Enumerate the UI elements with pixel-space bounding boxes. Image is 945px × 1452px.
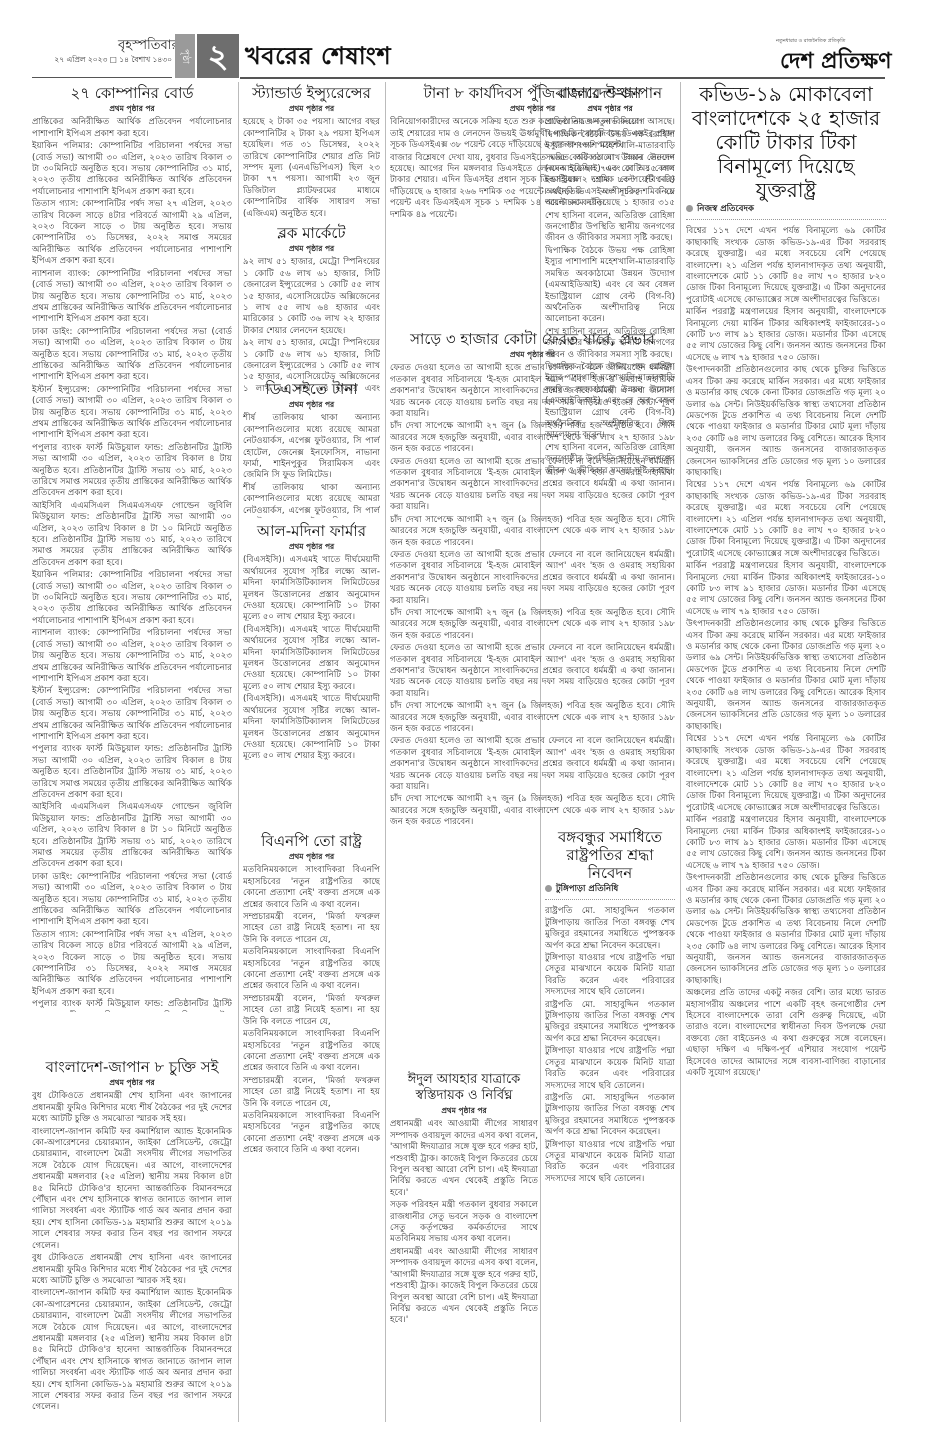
article-paragraph: সম্প্রচারমন্ত্রী বলেন, 'মির্জা ফখরুল সাহ… — [243, 994, 380, 1028]
article-paragraph: রাষ্ট্রপতি মো. সাহাবুদ্দিন গতকাল টুঙ্গিপ… — [545, 1000, 675, 1046]
article-headline: বিএনপি তো রাষ্ট্র — [243, 832, 380, 850]
article-paragraph: সম্প্রচারমন্ত্রী বলেন, 'মির্জা ফখরুল সাহ… — [243, 1076, 380, 1110]
article-paragraph: শীর্ষ তালিকায় থাকা অন্যান্য কোম্পানিগুল… — [243, 483, 380, 518]
article-paragraph: ইয়াকিন পলিমার: কোম্পানিটির পরিচালনা পর্… — [32, 141, 232, 198]
article-board-27: ২৭ কোম্পানির বোর্ড প্রথম পৃষ্ঠার পর প্রা… — [32, 82, 232, 1012]
article-headline: ঈদুল আযহার যাত্রাকে স্বস্তিদায়ক ও নির্ব… — [390, 1072, 538, 1104]
article-paragraph: শেখ হাসিনা বলেন, অতিরিক্ত রোহিঙ্গা জনগোষ… — [545, 211, 675, 245]
divider — [686, 219, 886, 220]
article-dse-top: ডিএসইতে টানা প্রথম পৃষ্ঠার পর শীর্ষ তালি… — [243, 378, 380, 518]
article-paragraph: বিশ্বের ১১৭ দেশে এখন পর্যন্ত বিনামূল্যে … — [686, 480, 886, 560]
article-headline: বাংলাদেশ-জাপান — [545, 84, 675, 102]
article-headline: বঙ্গবন্ধুর সমাধিতে রাষ্ট্রপতির শ্রদ্ধা ন… — [545, 828, 675, 882]
divider — [545, 899, 675, 900]
article-headline: বাংলাদেশকে ২৫ হাজার কোটি টাকার টিকা বিনা… — [686, 106, 886, 202]
article-paragraph: বিশ্বের ১১৭ দেশে এখন পর্যন্ত বিনামূল্যে … — [686, 226, 886, 306]
article-paragraph: পপুলার ব্যাংক ফার্স্ট মিউচুয়াল ফান্ড: প… — [32, 744, 232, 801]
article-paragraph: মতবিনিময়কালে সাংবাদিকরা বিএনপি মহাসচিবে… — [243, 1029, 380, 1075]
article-paragraph: টুঙ্গিপাড়া যাওয়ার পথে রাষ্ট্রপতি পদ্মা… — [545, 1140, 675, 1186]
article-paragraph: পপুলার ব্যাংক ফার্স্ট মিউচুয়াল ফান্ড: প… — [32, 443, 232, 500]
article-paragraph: (বিএসইসি)। এসএমই খাতে দীর্ঘমেয়াদী অর্থা… — [243, 694, 380, 762]
article-paragraph: মার্কিন পররাষ্ট্র মন্ত্রণালয়ের হিসাব অন… — [686, 307, 886, 364]
continued-label: প্রথম পৃষ্ঠার পর — [243, 103, 380, 114]
article-paragraph: ঢাকা ডাইং: কোম্পানিটির পরিচালনা পর্ষদের … — [32, 327, 232, 384]
article-headline: ব্লক মার্কেটে — [243, 224, 380, 242]
column-divider — [238, 82, 239, 1422]
article-paragraph: মতবিনিময়কালে সাংবাদিকরা বিএনপি মহাসচিবে… — [243, 865, 380, 911]
article-paragraph: শেখ হাসিনা বলেন, অতিরিক্ত রোহিঙ্গা জনগোষ… — [545, 327, 675, 361]
article-paragraph: বাংলাদেশ-জাপান কমিটি ফর কমার্শিয়াল অ্যা… — [32, 1288, 232, 1413]
masthead-logo: দেশ প্রতিক্ষণ — [780, 44, 892, 81]
header-divider — [32, 77, 172, 78]
article-paragraph: দ্বিপাক্ষিক বৈঠকে উভয় পক্ষ রোহিঙ্গা ইস্… — [545, 246, 675, 326]
article-paragraph: মার্কিন পররাষ্ট্র মন্ত্রণালয়ের হিসাব অন… — [686, 561, 886, 618]
article-headline: ২৭ কোম্পানির বোর্ড — [32, 84, 232, 102]
article-block-market: ব্লক মার্কেটে প্রথম পৃষ্ঠার পর ৯২ লাখ ৫১… — [243, 222, 380, 392]
article-headline: বাংলাদেশ-জাপান ৮ চুক্তি সই — [32, 1058, 232, 1076]
continued-label: প্রথম পৃষ্ঠার পর — [390, 1105, 538, 1116]
article-paragraph: সড়ক পরিবহন মন্ত্রী গতকাল বুধবার সকালে র… — [390, 1200, 538, 1246]
article-paragraph: তিতাস গ্যাস: কোম্পানিটির পর্ষদ সভা ২৭ এপ… — [32, 930, 232, 998]
byline: নিজস্ব প্রতিবেদক — [686, 204, 886, 215]
article-paragraph: উৎপাদনকারী প্রতিষ্ঠানগুলোর কাছ থেকে চুক্… — [686, 619, 886, 733]
continued-label: প্রথম পৃষ্ঠার পর — [243, 243, 380, 254]
article-paragraph: বিশ্বের ১১৭ দেশে এখন পর্যন্ত বিনামূল্যে … — [686, 734, 886, 814]
article-paragraph: মতবিনিময়কালে সাংবাদিকরা বিএনপি মহাসচিবে… — [243, 947, 380, 993]
issue-date: ২৭ এপ্রিল ২০২৩ □ ১৪ বৈশাখ ১৪৩০ — [50, 55, 172, 67]
article-bd-japan: বাংলাদেশ-জাপান প্রথম পৃষ্ঠার পর প্রাতিষ্… — [545, 82, 675, 822]
article-paragraph: প্রাতিষ্ঠানিক ঋণ লাভ করবে। — [545, 117, 675, 128]
article-paragraph: টুঙ্গিপাড়া যাওয়ার পথে রাষ্ট্রপতি পদ্মা… — [545, 953, 675, 999]
page-header: বৃহস্পতিবার ২৭ এপ্রিল ২০২৩ □ ১৪ বৈশাখ ১৪… — [0, 0, 945, 80]
article-covid-vaccine: কভিড-১৯ মোকাবেলা বাংলাদেশকে ২৫ হাজার কোট… — [686, 82, 886, 1427]
continued-label: প্রথম পৃষ্ঠার পর — [243, 399, 380, 410]
article-paragraph: পপুলার ব্যাংক ফার্স্ট মিউচুয়াল ফান্ড: প… — [32, 999, 232, 1012]
article-al-madina: আল-মদিনা ফার্মার প্রথম পৃষ্ঠার পর (বিএসই… — [243, 520, 380, 820]
article-headline: আল-মদিনা ফার্মার — [243, 522, 380, 540]
article-paragraph: ন্যাশনাল ব্যাংক: কোম্পানিটির পরিচালনা পর… — [32, 628, 232, 685]
article-bnp-state: বিএনপি তো রাষ্ট্র প্রথম পৃষ্ঠার পর মতবিন… — [243, 830, 380, 1426]
article-paragraph: শেখ হাসিনা বলেন, অতিরিক্ত রোহিঙ্গা জনগোষ… — [545, 443, 675, 477]
article-paragraph: মার্কিন পররাষ্ট্র মন্ত্রণালয়ের হিসাব অন… — [686, 815, 886, 872]
article-paragraph: ন্যাশনাল ব্যাংক: কোম্পানিটির পরিচালনা পর… — [32, 269, 232, 326]
column-divider — [680, 82, 681, 1422]
article-paragraph: বুধ টোকিওতে প্রধানমন্ত্রী শেখ হাসিনা এবং… — [32, 1091, 232, 1125]
continued-label: প্রথম পৃষ্ঠার পর — [243, 541, 380, 552]
continued-label: প্রথম পৃষ্ঠার পর — [32, 103, 232, 114]
issue-day: বৃহস্পতিবার — [118, 36, 172, 57]
article-paragraph: ইয়াকিন পলিমার: কোম্পানিটির পরিচালনা পর্… — [32, 570, 232, 627]
column-divider — [385, 82, 386, 1422]
article-paragraph: প্রান্তিকের অনিরীক্ষিত আর্থিক প্রতিবেদন … — [32, 117, 232, 140]
article-paragraph: ইস্টার্ন ইন্স্যুরেন্স: কোম্পানিটির পরিচা… — [32, 385, 232, 442]
article-paragraph: উৎপাদনকারী প্রতিষ্ঠানগুলোর কাছ থেকে চুক্… — [686, 365, 886, 479]
article-paragraph: মতবিনিময়কালে সাংবাদিকরা বিএনপি মহাসচিবে… — [243, 1111, 380, 1157]
article-paragraph: হয়েছে ২ টাকা ৩৫ পয়সা। আগের বছর কোম্পান… — [243, 117, 380, 220]
article-headline: স্ট্যান্ডার্ড ইন্স্যুরেন্সের — [243, 84, 380, 102]
article-paragraph: ঢাকা ডাইং: কোম্পানিটির পরিচালনা পর্ষদের … — [32, 872, 232, 929]
article-paragraph: শীর্ষ তালিকায় থাকা অন্যান্য কোম্পানিগুল… — [243, 413, 380, 481]
article-paragraph: সম্প্রচারমন্ত্রী বলেন, 'মির্জা ফখরুল সাহ… — [243, 912, 380, 946]
bullet-icon — [686, 205, 693, 212]
article-headline: ডিএসইতে টানা — [243, 380, 380, 398]
article-paragraph: প্রধানমন্ত্রী এবং আওয়ামী লীগের সাধারণ স… — [390, 1247, 538, 1327]
article-bangabandhu: বঙ্গবন্ধুর সমাধিতে রাষ্ট্রপতির শ্রদ্ধা ন… — [545, 826, 675, 1426]
page-label: পৃষ্ঠা — [175, 34, 195, 78]
article-paragraph: প্রধানমন্ত্রী এবং আওয়ামী লীগের সাধারণ স… — [390, 1119, 538, 1199]
article-paragraph: রাষ্ট্রপতি মো. সাহাবুদ্দিন গতকাল টুঙ্গিপ… — [545, 906, 675, 952]
page-number: ২ — [197, 34, 239, 78]
article-paragraph: অঞ্চলের প্রতি তাদের একটু নজর বেশি। তার ম… — [686, 988, 886, 1079]
article-kicker-headline: কভিড-১৯ মোকাবেলা — [686, 82, 886, 106]
section-title: খবরের শেষাংশ — [245, 38, 391, 78]
article-paragraph: আইসিবি এএমসিএল সিএমএসএফ গোল্ডেন জুবিলি ম… — [32, 802, 232, 870]
article-paragraph: (বিএসইসি)। এসএমই খাতে দীর্ঘমেয়াদী অর্থা… — [243, 555, 380, 623]
continued-label: প্রথম পৃষ্ঠার পর — [243, 851, 380, 862]
article-paragraph: দ্বিপাক্ষিক বৈঠকে উভয় পক্ষ রোহিঙ্গা ইস্… — [545, 130, 675, 210]
article-paragraph: বুধ টোকিওতে প্রধানমন্ত্রী শেখ হাসিনা এবং… — [32, 1253, 232, 1287]
byline: টুঙ্গিপাড়া প্রতিনিধি — [545, 884, 675, 895]
article-paragraph: (বিএসইসি)। এসএমই খাতে দীর্ঘমেয়াদী অর্থা… — [243, 625, 380, 693]
article-paragraph: বাংলাদেশ-জাপান কমিটি ফর কমার্শিয়াল অ্যা… — [32, 1127, 232, 1252]
article-paragraph: দ্বিপাক্ষিক বৈঠকে উভয় পক্ষ রোহিঙ্গা ইস্… — [545, 362, 675, 442]
bullet-icon — [545, 885, 552, 892]
article-paragraph: ইস্টার্ন ইন্স্যুরেন্স: কোম্পানিটির পরিচা… — [32, 686, 232, 743]
article-paragraph: টুঙ্গিপাড়া যাওয়ার পথে রাষ্ট্রপতি পদ্মা… — [545, 1046, 675, 1092]
article-paragraph: তিতাস গ্যাস: কোম্পানিটির পর্ষদ সভা ২৭ এপ… — [32, 199, 232, 267]
article-bd-japan-deals: বাংলাদেশ-জাপান ৮ চুক্তি সই প্রথম পৃষ্ঠার… — [32, 1056, 232, 1426]
continued-label: প্রথম পৃষ্ঠার পর — [32, 1077, 232, 1088]
article-paragraph: উৎপাদনকারী প্রতিষ্ঠানগুলোর কাছ থেকে চুক্… — [686, 873, 886, 987]
article-eid-journey: ঈদুল আযহার যাত্রাকে স্বস্তিদায়ক ও নির্ব… — [390, 1070, 538, 1426]
continued-label: প্রথম পৃষ্ঠার পর — [545, 103, 675, 114]
article-paragraph: রাষ্ট্রপতি মো. সাহাবুদ্দিন গতকাল টুঙ্গিপ… — [545, 1093, 675, 1139]
article-paragraph: ৯২ লাখ ৫১ হাজার, মেট্রো স্পিনিংয়ের ১ কো… — [243, 257, 380, 337]
article-paragraph: আইসিবি এএমসিএল সিএমএসএফ গোল্ডেন জুবিলি ম… — [32, 501, 232, 569]
